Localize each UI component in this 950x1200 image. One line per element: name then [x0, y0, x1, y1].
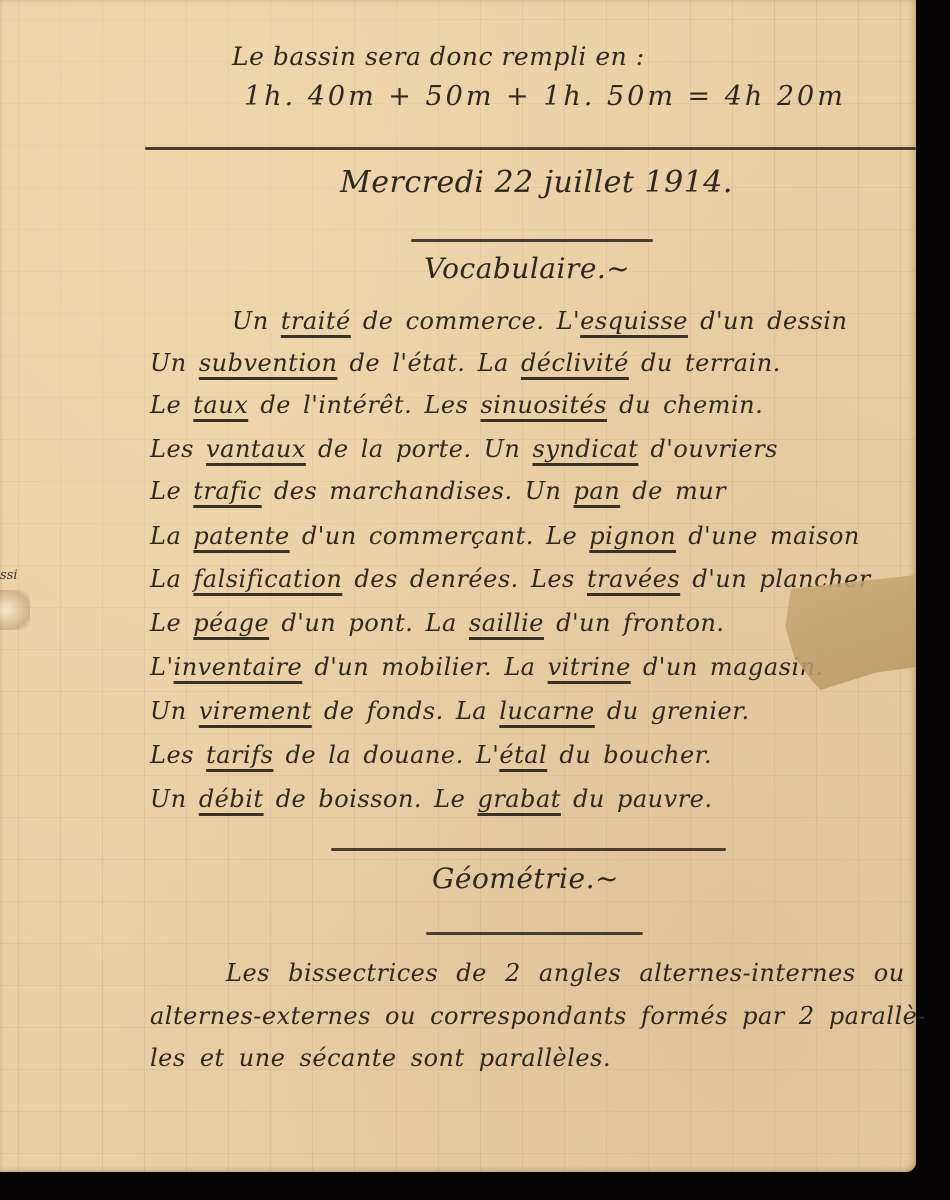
vocabulary-context: d'un mobilier. La: [302, 653, 547, 681]
vocabulary-context: d'un dessin: [688, 307, 847, 335]
vocabulary-term: grabat: [477, 785, 560, 813]
section-divider: [145, 147, 916, 150]
vocabulary-context: des denrées. Les: [342, 565, 587, 593]
geometrie-line-2: alternes-externes ou correspondants form…: [150, 995, 926, 1037]
vocabulary-term: taux: [193, 391, 248, 419]
vocabulary-context: de mur: [620, 477, 726, 505]
vocabulary-line: Le taux de l'intérêt. Les sinuosités du …: [150, 384, 763, 426]
vocabulary-line: Les tarifs de la douane. L'étal du bouch…: [150, 734, 712, 776]
vocabulary-context: Un: [150, 785, 199, 813]
geometrie-heading: Géométrie.~: [432, 862, 619, 895]
vocabulary-context: de commerce. L': [351, 307, 580, 335]
vocabulary-context: d'un fronton.: [544, 609, 725, 637]
vocabulary-context: d'ouvriers: [638, 435, 778, 463]
vocabulary-line: Un virement de fonds. La lucarne du gren…: [150, 690, 750, 732]
margin-fold-mark: [0, 590, 30, 630]
vocabulary-context: de l'état. La: [337, 349, 521, 377]
vocabulary-term: pignon: [589, 522, 676, 550]
vocabulary-term: pan: [574, 477, 621, 505]
vocabulary-context: L': [150, 653, 174, 681]
vocabulary-term: syndicat: [533, 435, 639, 463]
vocabulary-term: péage: [193, 609, 269, 637]
vocabulary-term: débit: [199, 785, 264, 813]
vocabulary-context: d'une maison: [676, 522, 860, 550]
vocabulary-context: de boisson. Le: [264, 785, 478, 813]
vocabulary-line: L'inventaire d'un mobilier. La vitrine d…: [150, 646, 824, 688]
vocabulary-context: de fonds. La: [312, 697, 499, 725]
vocabulaire-heading: Vocabulaire.~: [424, 252, 630, 285]
vocabulary-term: falsification: [193, 565, 342, 593]
geometrie-top-rule: [331, 848, 726, 851]
vocabulary-context: de l'intérêt. Les: [248, 391, 480, 419]
vocabulary-context: La: [150, 565, 193, 593]
vocabulary-term: travées: [587, 565, 680, 593]
vocabulary-term: trafic: [193, 477, 261, 505]
vocabulary-line: Un traité de commerce. L'esquisse d'un d…: [232, 300, 847, 342]
vocabulary-context: Le: [150, 609, 193, 637]
problem-conclusion-line-2: 1h. 40m + 50m + 1h. 50m = 4h 20m: [244, 76, 846, 118]
geometrie-line-1: Les bissectrices de 2 angles alternes-in…: [226, 952, 905, 994]
vocabulary-context: de la douane. L': [273, 741, 499, 769]
vocabulaire-top-rule: [411, 239, 653, 242]
vocabulary-line: Un débit de boisson. Le grabat du pauvre…: [150, 778, 713, 820]
vocabulary-term: étal: [499, 741, 547, 769]
vocabulary-term: tarifs: [206, 741, 273, 769]
vocabulary-line: Un subvention de l'état. La déclivité du…: [150, 342, 781, 384]
vocabulary-context: du terrain.: [629, 349, 781, 377]
vocabulary-context: du pauvre.: [561, 785, 713, 813]
vocabulary-term: patente: [193, 522, 289, 550]
vocabulary-context: Les: [150, 435, 206, 463]
vocabulary-context: Un: [232, 307, 281, 335]
vocabulary-term: vitrine: [548, 653, 631, 681]
vocabulary-context: Le: [150, 477, 193, 505]
vocabulary-context: Les: [150, 741, 206, 769]
vocabulary-context: des marchandises. Un: [262, 477, 574, 505]
vocabulary-term: saillie: [469, 609, 544, 637]
vocabulary-term: inventaire: [174, 653, 303, 681]
vocabulary-line: Les vantaux de la porte. Un syndicat d'o…: [150, 428, 778, 470]
problem-conclusion-line-1: Le bassin sera donc rempli en :: [232, 36, 645, 78]
vocabulary-term: lucarne: [499, 697, 595, 725]
vocabulary-line: Le trafic des marchandises. Un pan de mu…: [150, 470, 726, 512]
vocabulary-context: du chemin.: [607, 391, 763, 419]
geometrie-line-3: les et une sécante sont parallèles.: [150, 1037, 611, 1079]
vocabulary-term: sinuosités: [480, 391, 607, 419]
vocabulary-context: du boucher.: [547, 741, 712, 769]
vocabulary-line: Le péage d'un pont. La saillie d'un fron…: [150, 602, 725, 644]
vocabulary-context: Le: [150, 391, 193, 419]
vocabulary-line: La falsification des denrées. Les travée…: [150, 558, 871, 600]
notebook-page: Le bassin sera donc rempli en : 1h. 40m …: [0, 0, 916, 1172]
vocabulary-context: Un: [150, 349, 199, 377]
vocabulary-context: d'un commerçant. Le: [290, 522, 590, 550]
vocabulary-term: subvention: [199, 349, 338, 377]
vocabulary-context: de la porte. Un: [306, 435, 533, 463]
vocabulary-context: du grenier.: [595, 697, 750, 725]
vocabulary-term: esquisse: [580, 307, 688, 335]
vocabulary-term: déclivité: [521, 349, 629, 377]
vocabulary-term: vantaux: [206, 435, 306, 463]
vocabulary-term: traité: [281, 307, 351, 335]
vocabulary-context: d'un pont. La: [269, 609, 469, 637]
geometrie-bottom-rule: [426, 932, 643, 935]
date-heading: Mercredi 22 juillet 1914.: [340, 165, 733, 200]
vocabulary-term: virement: [199, 697, 312, 725]
vocabulary-context: La: [150, 522, 193, 550]
margin-note: ssi: [0, 568, 18, 583]
vocabulary-line: La patente d'un commerçant. Le pignon d'…: [150, 515, 860, 557]
vocabulary-context: Un: [150, 697, 199, 725]
